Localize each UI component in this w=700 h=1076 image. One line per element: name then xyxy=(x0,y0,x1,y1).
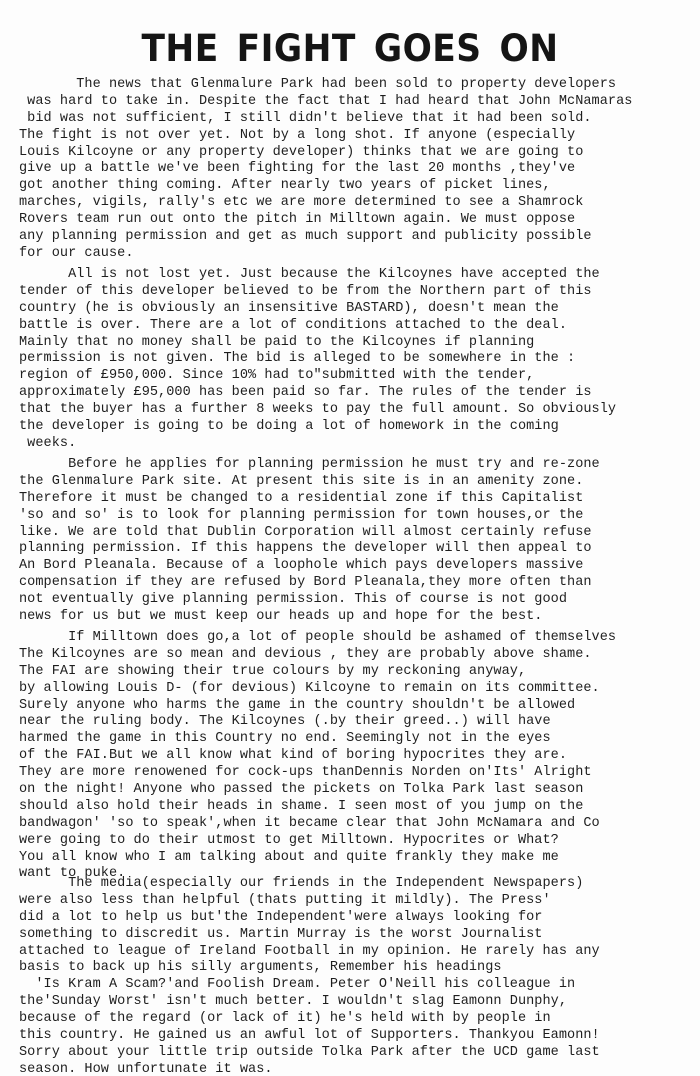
text-line: by allowing Louis D- (for devious) Kilco… xyxy=(19,681,699,698)
page-title: THE FIGHT GOES ON xyxy=(25,27,676,70)
text-line: the developer is going to be doing a lot… xyxy=(19,419,699,436)
text-line: the Glenmalure Park site. At present thi… xyxy=(19,474,699,491)
text-line: near the ruling body. The Kilcoynes (.by… xyxy=(19,714,699,731)
text-line: did a lot to help us but'the Independent… xyxy=(19,910,699,927)
text-line: got another thing coming. After nearly t… xyxy=(19,178,699,195)
text-line: something to discredit us. Martin Murray… xyxy=(19,927,699,944)
document-page: THE FIGHT GOES ON The news that Glenmalu… xyxy=(0,0,700,1076)
text-line: on the night! Anyone who passed the pick… xyxy=(19,782,699,799)
text-line: Louis Kilcoyne or any property developer… xyxy=(19,145,699,162)
text-line: region of £950,000. Since 10% had to"sub… xyxy=(19,368,699,385)
text-line: 'so and so' is to look for planning perm… xyxy=(19,508,699,525)
text-line: The media(especially our friends in the … xyxy=(19,876,699,893)
text-line: bid was not sufficient, I still didn't b… xyxy=(19,111,699,128)
text-line: approximately £95,000 has been paid so f… xyxy=(19,385,699,402)
text-line: battle is over. There are a lot of condi… xyxy=(19,318,699,335)
text-line: They are more renowened for cock-ups tha… xyxy=(19,765,699,782)
text-line: were also less than helpful (thats putti… xyxy=(19,893,699,910)
text-line: give up a battle we've been fighting for… xyxy=(19,161,699,178)
text-line: harmed the game in this Country no end. … xyxy=(19,731,699,748)
text-line: marches, vigils, rally's etc we are more… xyxy=(19,195,699,212)
text-line: basis to back up his silly arguments, Re… xyxy=(19,960,699,977)
text-line: of the FAI.But we all know what kind of … xyxy=(19,748,699,765)
text-line: Before he applies for planning permissio… xyxy=(19,457,699,474)
text-line: any planning permission and get as much … xyxy=(19,229,699,246)
text-line: The FAI are showing their true colours b… xyxy=(19,664,699,681)
text-line: bandwagon' 'so to speak',when it became … xyxy=(19,816,699,833)
text-line: Sorry about your little trip outside Tol… xyxy=(19,1045,699,1062)
text-line: Rovers team run out onto the pitch in Mi… xyxy=(19,212,699,229)
text-line: Therefore it must be changed to a reside… xyxy=(19,491,699,508)
text-line: Mainly that no money shall be paid to th… xyxy=(19,335,699,352)
text-line: The news that Glenmalure Park had been s… xyxy=(19,77,699,94)
text-line: for our cause. xyxy=(19,246,699,263)
text-line: Surely anyone who harms the game in the … xyxy=(19,698,699,715)
text-line: was hard to take in. Despite the fact th… xyxy=(19,94,699,111)
text-line: All is not lost yet. Just because the Ki… xyxy=(19,267,699,284)
paragraph-4: If Milltown does go,a lot of people shou… xyxy=(19,630,699,883)
text-line: The fight is not over yet. Not by a long… xyxy=(19,128,699,145)
paragraph-5: The media(especially our friends in the … xyxy=(19,876,699,1076)
paragraph-3: Before he applies for planning permissio… xyxy=(19,457,699,626)
text-line: like. We are told that Dublin Corporatio… xyxy=(19,525,699,542)
text-line: planning permission. If this happens the… xyxy=(19,541,699,558)
text-line: not eventually give planning permission.… xyxy=(19,592,699,609)
text-line: should also hold their heads in shame. I… xyxy=(19,799,699,816)
text-line: were going to do their utmost to get Mil… xyxy=(19,833,699,850)
text-line: If Milltown does go,a lot of people shou… xyxy=(19,630,699,647)
text-line: because of the regard (or lack of it) he… xyxy=(19,1011,699,1028)
text-line: that the buyer has a further 8 weeks to … xyxy=(19,402,699,419)
text-line: season. How unfortunate it was. xyxy=(19,1062,699,1076)
text-line: weeks. xyxy=(19,436,699,453)
paragraph-1: The news that Glenmalure Park had been s… xyxy=(19,77,699,263)
text-line: country (he is obviously an insensitive … xyxy=(19,301,699,318)
text-line: The Kilcoynes are so mean and devious , … xyxy=(19,647,699,664)
text-line: An Bord Pleanala. Because of a loophole … xyxy=(19,558,699,575)
paragraph-2: All is not lost yet. Just because the Ki… xyxy=(19,267,699,453)
text-line: permission is not given. The bid is alle… xyxy=(19,351,699,368)
text-line: attached to league of Ireland Football i… xyxy=(19,944,699,961)
text-line: You all know who I am talking about and … xyxy=(19,850,699,867)
text-line: news for us but we must keep our heads u… xyxy=(19,609,699,626)
text-line: compensation if they are refused by Bord… xyxy=(19,575,699,592)
text-line: 'Is Kram A Scam?'and Foolish Dream. Pete… xyxy=(19,977,699,994)
text-line: the'Sunday Worst' isn't much better. I w… xyxy=(19,994,699,1011)
text-line: this country. He gained us an awful lot … xyxy=(19,1028,699,1045)
text-line: tender of this developer believed to be … xyxy=(19,284,699,301)
